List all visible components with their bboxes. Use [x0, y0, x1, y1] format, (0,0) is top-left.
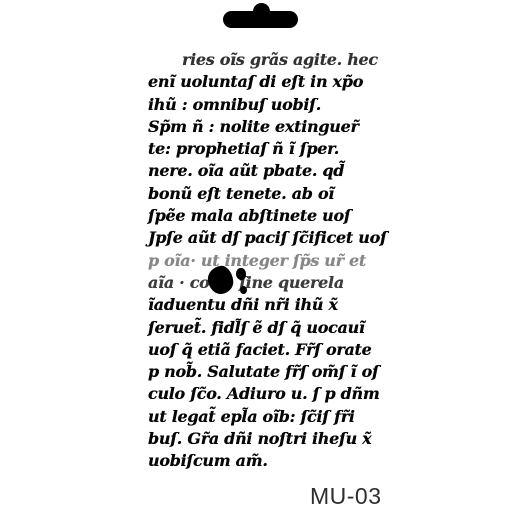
stencil-product-image: ries oĩs grãs agite. hec enĩ uoluntaſ di…: [0, 0, 515, 515]
manuscript-line: p oĩa· ut integer ſp̃s ur̃ et: [148, 250, 384, 272]
manuscript-line: aĩa · corp· ſine querela: [148, 272, 384, 294]
manuscript-line: nere. oĩa aũt pbate. qd̃: [148, 160, 384, 182]
manuscript-line: te: prophetiaſ ñ ĩ ſper.: [148, 138, 384, 160]
manuscript-line: uobiſcum am̃.: [148, 450, 384, 472]
ink-blot-small: [236, 268, 246, 280]
manuscript-line: p nob̃. Salutate fr̃ſ om̃ſ ĩ oſ: [148, 361, 384, 383]
manuscript-line: enĩ uoluntaſ di eſt in xp̃o: [148, 71, 384, 93]
manuscript-line: buſ. Gr̃a dñi noſtri iheſu x̃: [148, 428, 384, 450]
product-code-label: MU-03: [310, 483, 382, 510]
manuscript-line: ihũ : omnibuſ uobiſ.: [148, 94, 384, 116]
manuscript-text-block: ries oĩs grãs agite. hec enĩ uoluntaſ di…: [148, 49, 384, 473]
ink-blot-tiny: [240, 286, 247, 294]
manuscript-line: Jpſe aũt dſ paciſ ſc̃ificet uoſ: [148, 227, 384, 249]
manuscript-line: culo ſc̃o. Adiuro u. ſ p dñm: [148, 383, 384, 405]
hanger-tab-bar: [223, 11, 298, 28]
manuscript-line: Sp̃m ñ : nolite extinguer̃: [148, 116, 384, 138]
manuscript-line: ut legat̃ epl̃a oĩb: ſc̃iſ fr̃i: [148, 406, 384, 428]
manuscript-line: ſpẽe mala abſtinete uoſ: [148, 205, 384, 227]
manuscript-line: uoſ q̃ etiã faciet. Fr̃ſ orate: [148, 339, 384, 361]
manuscript-line: ries oĩs grãs agite. hec: [148, 49, 384, 71]
manuscript-line: bonũ eſt tenete. ab oĩ: [148, 183, 384, 205]
manuscript-line: ſeruet̃. fidl̃ſ ẽ dſ q̃ uocauĩ: [148, 317, 384, 339]
manuscript-line: ĩaduentu dñi nr̃i ihũ x̃: [148, 294, 384, 316]
